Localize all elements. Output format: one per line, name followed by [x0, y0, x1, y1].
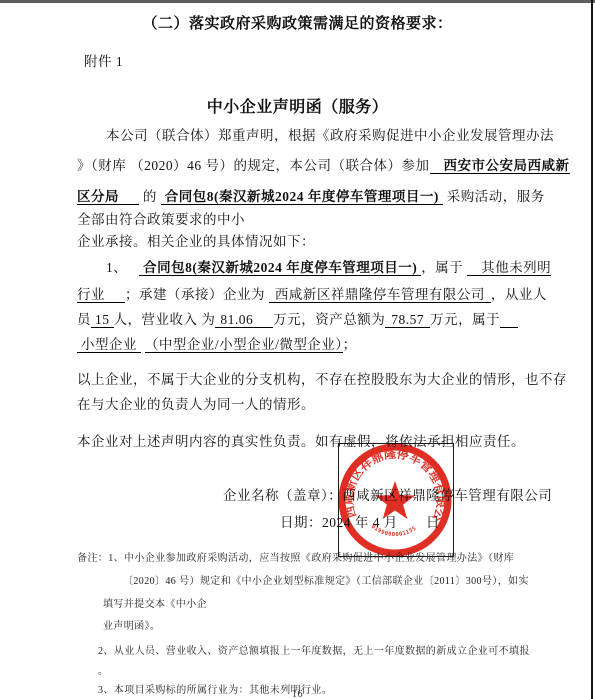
project-field: 合同包8(秦汉新城2024 年度停车管理项目一): [161, 189, 443, 205]
para2-line2: 在与大企业的负责人为同一人的情形。: [77, 393, 315, 413]
industry-field-cont: 行业: [77, 287, 125, 303]
item1-line2: 行业；承建（承接）企业为 西咸新区祥鼎隆停车管理有限公司，从业人: [77, 283, 547, 303]
company-seal-stamp: 西咸新区祥鼎隆停车管理有限公司 0199000001155: [333, 438, 457, 562]
para1-line1: 本公司（联合体）郑重声明，根据《政府采购促进中小企业发展管理办法: [106, 124, 554, 144]
seal-serial-text: 0199000001155: [370, 524, 418, 538]
note-1: 备注：1、中小企业参加政府采购活动，应当按照《政府采购促进中小企业发展管理办法》…: [77, 549, 514, 564]
attachment-label: 附件 1: [84, 50, 123, 70]
enterprise-size-options: （中型企业/小型企业/微型企业）: [145, 337, 343, 353]
page-title: 中小企业声明函（服务）: [0, 94, 595, 117]
seal-star-icon: [375, 481, 415, 519]
page-number: 16: [0, 689, 595, 699]
contractor-company-field: 西咸新区祥鼎隆停车管理有限公司: [269, 287, 491, 303]
contract-package-field: 合同包8(秦汉新城2024 年度停车管理项目一): [139, 260, 421, 276]
svg-text:0199000001155: 0199000001155: [370, 524, 418, 538]
purchaser-field-cont: 区分局: [77, 189, 139, 205]
para3-line1: 本企业对上述声明内容的真实性负责。如有虚假，将依法承担相应责任。: [77, 430, 525, 450]
para1-line2: 》（财库 （2020）46 号）的规定，本公司（联合体）参加西安市公安局西咸新: [77, 154, 570, 174]
note-1-cont3: 业声明函》。: [103, 617, 160, 632]
document-page: （二）落实政府采购政策需满足的资格要求： 附件 1 中小企业声明函（服务） 本公…: [0, 0, 595, 699]
purchaser-field: 西安市公安局西咸新: [430, 158, 570, 174]
para2-line1: 以上企业，不属于大企业的分支机构，不存在控股股东为大企业的情形，也不存: [77, 368, 567, 388]
staff-count-field: 15: [91, 312, 114, 328]
note-2-cont: 。: [98, 662, 108, 677]
para1-line4: 全部由符合政策要求的中小: [77, 208, 245, 228]
note-2: 2、从业人员、营业收入、资产总额填报上一年度数据，无上一年度数据的新成立企业可不…: [98, 642, 530, 657]
item1-line1: 1、 合同包8(秦汉新城2024 年度停车管理项目一)，属于 其他未列明: [106, 256, 551, 276]
revenue-field: 81.06: [215, 312, 273, 328]
note-1-cont1: 〔2020〕46 号）规定和《中小企业划型标准规定》（工信部联企业〔2011〕3…: [123, 572, 529, 587]
size-blank-field: [500, 314, 518, 329]
section-header: （二）落实政府采购政策需满足的资格要求：: [0, 12, 595, 33]
assets-field: 78.57: [385, 312, 430, 328]
item1-line3: 员15人，营业收入 为81.06万元，资产总额为78.57万元，属于: [77, 308, 518, 328]
page-top-edge: [0, 0, 595, 3]
item1-line4: 小型企业 （中型企业/小型企业/微型企业）；: [77, 333, 357, 353]
note-1-cont2: 填写并提交本《中小企: [103, 595, 207, 610]
para1-line3: 区分局 的 合同包8(秦汉新城2024 年度停车管理项目一) 采购活动，服务: [77, 185, 545, 205]
industry-field: 其他未列明: [467, 260, 551, 276]
enterprise-size-field: 小型企业: [77, 337, 141, 353]
para1-line5: 企业承接。相关企业的具体情况如下：: [77, 230, 315, 250]
